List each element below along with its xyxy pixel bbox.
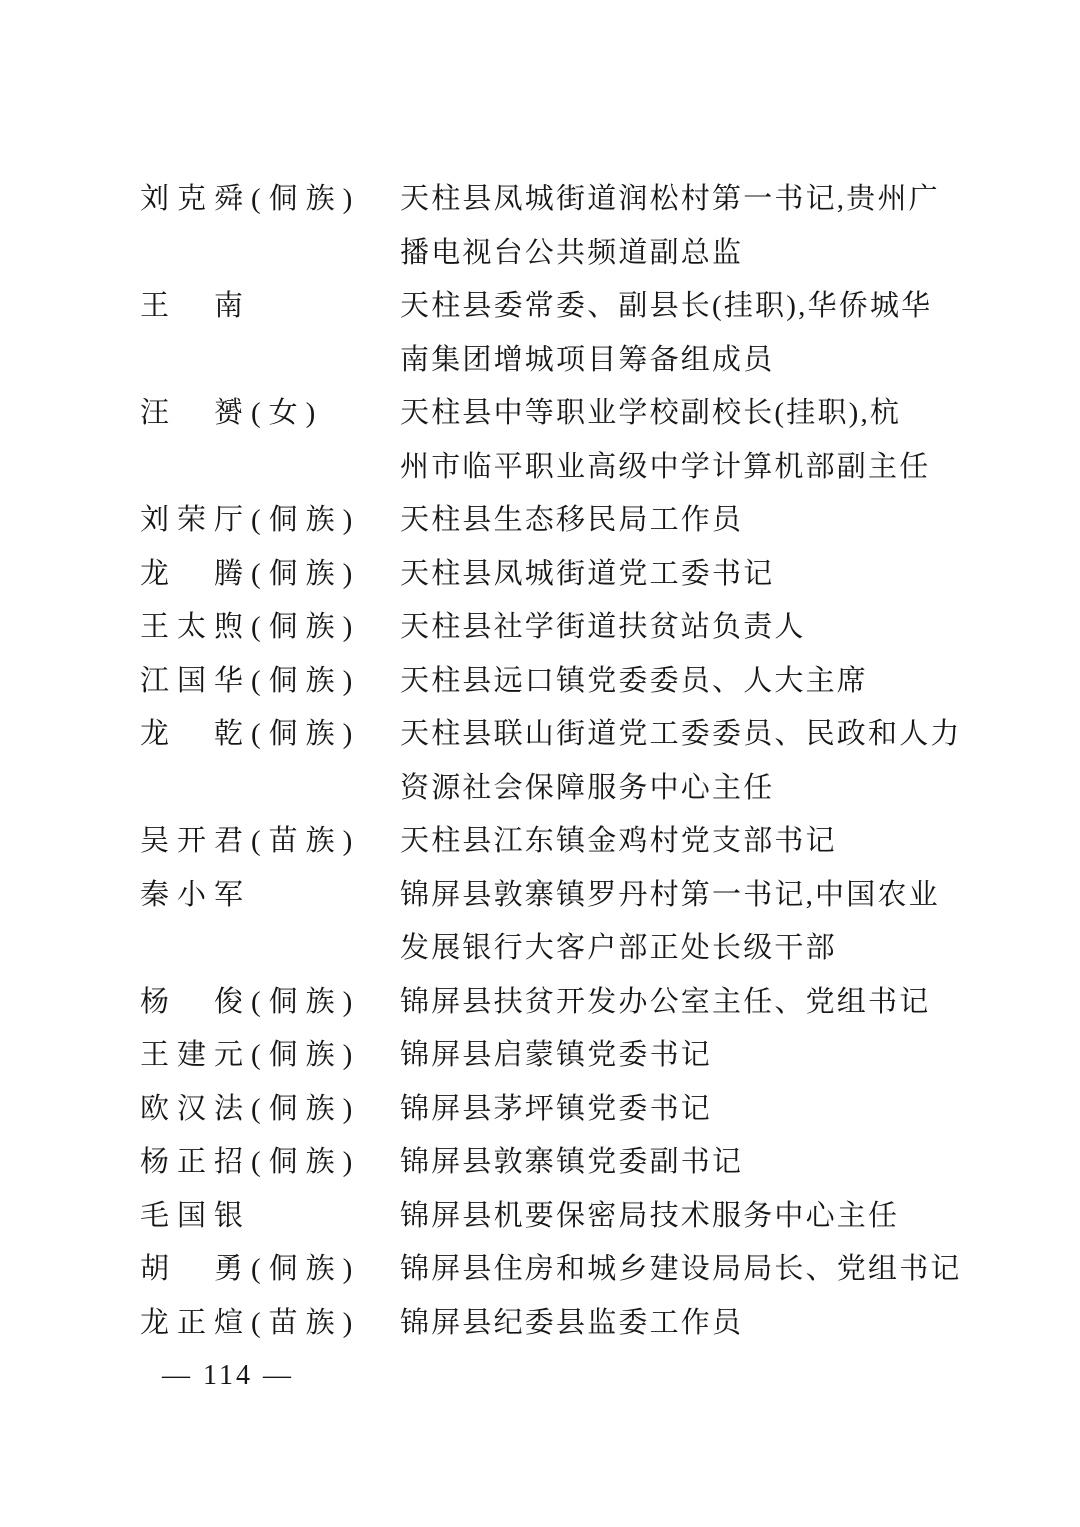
- person-name: 杨正招(侗族): [140, 1136, 400, 1190]
- person-name: 杨 俊(侗族): [140, 976, 400, 1030]
- person-position: 天柱县联山街道党工委委员、民政和人力资源社会保障服务中心主任: [400, 708, 970, 815]
- document-page: 刘克舜(侗族) 天柱县凤城街道润松村第一书记,贵州广播电视台公共频道副总监 王 …: [0, 0, 1080, 1527]
- person-name: 王太煦(侗族): [140, 601, 400, 655]
- position-line: 天柱县生态移民局工作员: [400, 494, 970, 548]
- person-position: 锦屏县启蒙镇党委书记: [400, 1029, 970, 1083]
- position-line: 天柱县凤城街道党工委书记: [400, 548, 970, 602]
- person-position: 天柱县凤城街道党工委书记: [400, 548, 970, 602]
- person-name: 王 南: [140, 280, 400, 334]
- roster-entry: 杨正招(侗族) 锦屏县敦寨镇党委副书记: [140, 1136, 970, 1190]
- position-line: 锦屏县住房和城乡建设局局长、党组书记: [400, 1243, 970, 1297]
- roster-entry: 汪 赟(女) 天柱县中等职业学校副校长(挂职),杭州市临平职业高级中学计算机部副…: [140, 387, 970, 494]
- roster-entry: 龙正煊(苗族) 锦屏县纪委县监委工作员: [140, 1297, 970, 1351]
- roster-entry: 欧汉法(侗族) 锦屏县茅坪镇党委书记: [140, 1083, 970, 1137]
- person-name: 汪 赟(女): [140, 387, 400, 441]
- page-number: — 114 —: [162, 1353, 294, 1399]
- position-line: 锦屏县启蒙镇党委书记: [400, 1029, 970, 1083]
- person-position: 天柱县社学街道扶贫站负责人: [400, 601, 970, 655]
- person-name: 秦小军: [140, 869, 400, 923]
- roster-entry: 江国华(侗族) 天柱县远口镇党委委员、人大主席: [140, 655, 970, 709]
- person-position: 天柱县中等职业学校副校长(挂职),杭州市临平职业高级中学计算机部副主任: [400, 387, 970, 494]
- position-line: 天柱县联山街道党工委委员、民政和人力: [400, 708, 970, 762]
- position-line: 天柱县委常委、副县长(挂职),华侨城华: [400, 280, 970, 334]
- person-position: 锦屏县纪委县监委工作员: [400, 1297, 970, 1351]
- roster-list: 刘克舜(侗族) 天柱县凤城街道润松村第一书记,贵州广播电视台公共频道副总监 王 …: [140, 173, 970, 1350]
- position-line: 锦屏县敦寨镇罗丹村第一书记,中国农业: [400, 869, 970, 923]
- position-line: 天柱县江东镇金鸡村党支部书记: [400, 815, 970, 869]
- roster-entry: 秦小军 锦屏县敦寨镇罗丹村第一书记,中国农业发展银行大客户部正处长级干部: [140, 869, 970, 976]
- person-position: 锦屏县机要保密局技术服务中心主任: [400, 1190, 970, 1244]
- position-line: 发展银行大客户部正处长级干部: [400, 922, 970, 976]
- person-name: 王建元(侗族): [140, 1029, 400, 1083]
- position-line: 天柱县中等职业学校副校长(挂职),杭: [400, 387, 970, 441]
- roster-entry: 龙 腾(侗族) 天柱县凤城街道党工委书记: [140, 548, 970, 602]
- position-line: 州市临平职业高级中学计算机部副主任: [400, 441, 970, 495]
- person-name: 毛国银: [140, 1190, 400, 1244]
- person-position: 锦屏县茅坪镇党委书记: [400, 1083, 970, 1137]
- roster-entry: 胡 勇(侗族) 锦屏县住房和城乡建设局局长、党组书记: [140, 1243, 970, 1297]
- person-position: 天柱县远口镇党委委员、人大主席: [400, 655, 970, 709]
- person-name: 欧汉法(侗族): [140, 1083, 400, 1137]
- person-position: 锦屏县扶贫开发办公室主任、党组书记: [400, 976, 970, 1030]
- person-position: 天柱县生态移民局工作员: [400, 494, 970, 548]
- person-name: 龙正煊(苗族): [140, 1297, 400, 1351]
- person-name: 吴开君(苗族): [140, 815, 400, 869]
- person-name: 龙 乾(侗族): [140, 708, 400, 762]
- position-line: 锦屏县扶贫开发办公室主任、党组书记: [400, 976, 970, 1030]
- roster-entry: 刘克舜(侗族) 天柱县凤城街道润松村第一书记,贵州广播电视台公共频道副总监: [140, 173, 970, 280]
- position-line: 南集团增城项目筹备组成员: [400, 334, 970, 388]
- person-name: 胡 勇(侗族): [140, 1243, 400, 1297]
- roster-entry: 龙 乾(侗族) 天柱县联山街道党工委委员、民政和人力资源社会保障服务中心主任: [140, 708, 970, 815]
- person-position: 天柱县委常委、副县长(挂职),华侨城华南集团增城项目筹备组成员: [400, 280, 970, 387]
- person-position: 锦屏县敦寨镇党委副书记: [400, 1136, 970, 1190]
- roster-entry: 王建元(侗族) 锦屏县启蒙镇党委书记: [140, 1029, 970, 1083]
- roster-entry: 王太煦(侗族) 天柱县社学街道扶贫站负责人: [140, 601, 970, 655]
- position-line: 播电视台公共频道副总监: [400, 227, 970, 281]
- person-name: 刘荣厅(侗族): [140, 494, 400, 548]
- person-name: 江国华(侗族): [140, 655, 400, 709]
- position-line: 锦屏县茅坪镇党委书记: [400, 1083, 970, 1137]
- person-position: 锦屏县敦寨镇罗丹村第一书记,中国农业发展银行大客户部正处长级干部: [400, 869, 970, 976]
- roster-entry: 王 南 天柱县委常委、副县长(挂职),华侨城华南集团增城项目筹备组成员: [140, 280, 970, 387]
- position-line: 资源社会保障服务中心主任: [400, 762, 970, 816]
- roster-entry: 吴开君(苗族) 天柱县江东镇金鸡村党支部书记: [140, 815, 970, 869]
- position-line: 锦屏县敦寨镇党委副书记: [400, 1136, 970, 1190]
- position-line: 锦屏县纪委县监委工作员: [400, 1297, 970, 1351]
- person-name: 刘克舜(侗族): [140, 173, 400, 227]
- position-line: 天柱县社学街道扶贫站负责人: [400, 601, 970, 655]
- person-position: 天柱县凤城街道润松村第一书记,贵州广播电视台公共频道副总监: [400, 173, 970, 280]
- roster-entry: 刘荣厅(侗族) 天柱县生态移民局工作员: [140, 494, 970, 548]
- position-line: 天柱县凤城街道润松村第一书记,贵州广: [400, 173, 970, 227]
- person-name: 龙 腾(侗族): [140, 548, 400, 602]
- person-position: 天柱县江东镇金鸡村党支部书记: [400, 815, 970, 869]
- roster-entry: 杨 俊(侗族) 锦屏县扶贫开发办公室主任、党组书记: [140, 976, 970, 1030]
- person-position: 锦屏县住房和城乡建设局局长、党组书记: [400, 1243, 970, 1297]
- position-line: 天柱县远口镇党委委员、人大主席: [400, 655, 970, 709]
- position-line: 锦屏县机要保密局技术服务中心主任: [400, 1190, 970, 1244]
- roster-entry: 毛国银 锦屏县机要保密局技术服务中心主任: [140, 1190, 970, 1244]
